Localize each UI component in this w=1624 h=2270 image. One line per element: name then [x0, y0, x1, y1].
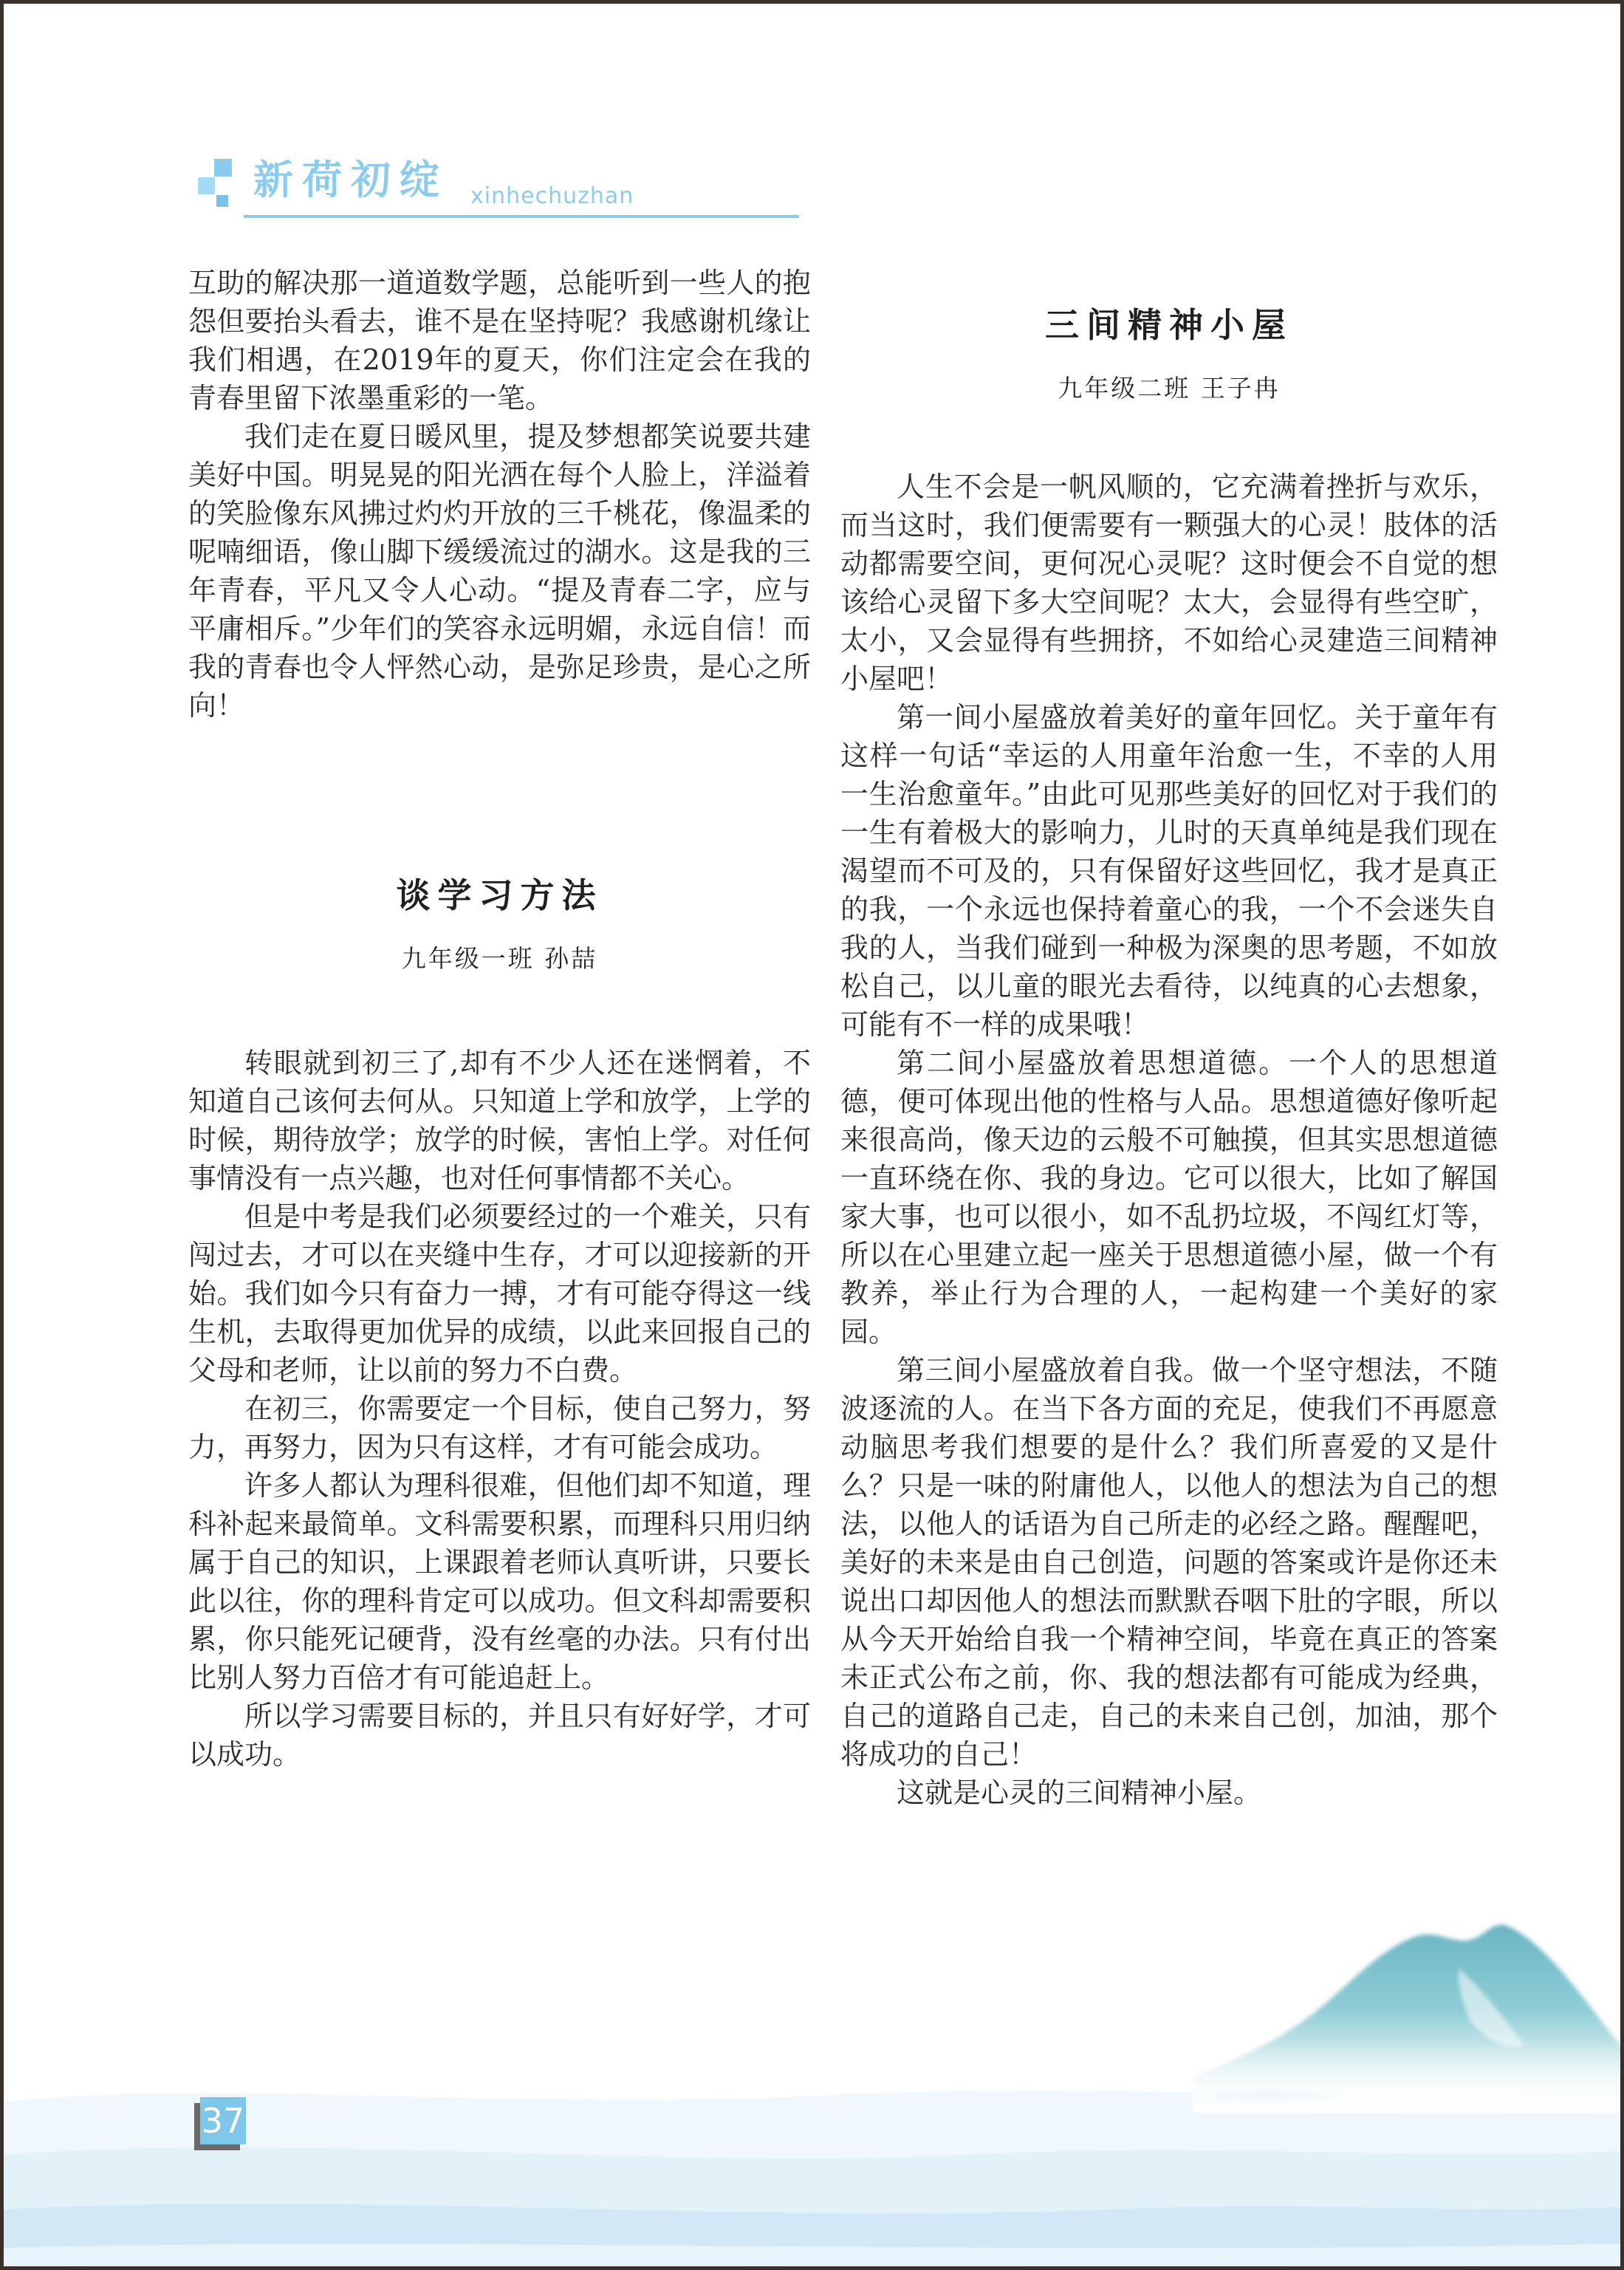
article-author: 九年级二班 王子冉: [840, 374, 1498, 403]
article-continuation: 互助的解决那一道道数学题，总能听到一些人的抱怨但要抬头看去，谁不是在坚持呢？我感…: [188, 264, 811, 725]
logo-pixel-icon: [214, 159, 232, 177]
mountain-watercolor-illustration: [1193, 1898, 1624, 2113]
brand-title: 新荷初绽: [253, 160, 448, 200]
paragraph: 人生不会是一帆风顺的，它充满着挫折与欢乐，而当这时，我们便需要有一颗强大的心灵！…: [840, 468, 1498, 698]
brand-pinyin: xinhechuzhan: [470, 185, 634, 208]
article-title: 谈学习方法: [188, 875, 811, 916]
article-three-huts-body: 人生不会是一帆风顺的，它充满着挫折与欢乐，而当这时，我们便需要有一颗强大的心灵！…: [840, 468, 1498, 1812]
paragraph: 这就是心灵的三间精神小屋。: [840, 1774, 1498, 1812]
paragraph: 转眼就到初三了,却有不少人还在迷惘着，不知道自己该何去何从。只知道上学和放学，上…: [188, 1044, 811, 1197]
paragraph: 第三间小屋盛放着自我。做一个坚守想法，不随波逐流的人。在当下各方面的充足，使我们…: [840, 1351, 1498, 1774]
paragraph: 在初三，你需要定一个目标，使自己努力，努力，再努力，因为只有这样，才有可能会成功…: [188, 1389, 811, 1466]
paragraph: 许多人都认为理科很难，但他们却不知道，理科补起来最简单。文科需要积累，而理科只用…: [188, 1466, 811, 1697]
page-number-badge: 37: [200, 2097, 246, 2144]
magazine-page: 新荷初绽 xinhechuzhan 互助的解决那一道道数学题，总能听到一些人的抱…: [0, 0, 1624, 2270]
header-underline: [244, 215, 799, 218]
paragraph: 我们走在夏日暖风里，提及梦想都笑说要共建美好中国。明晃晃的阳光洒在每个人脸上，洋…: [188, 417, 811, 725]
magazine-header: 新荷初绽 xinhechuzhan: [188, 156, 809, 224]
article-author: 九年级一班 孙喆: [188, 944, 811, 974]
paragraph: 但是中考是我们必须要经过的一个难关，只有闯过去，才可以在夹缝中生存，才可以迎接新…: [188, 1197, 811, 1389]
article-three-huts-head: 三间精神小屋 九年级二班 王子冉: [840, 305, 1498, 403]
article-study-methods-body: 转眼就到初三了,却有不少人还在迷惘着，不知道自己该何去何从。只知道上学和放学，上…: [188, 1044, 811, 1774]
paragraph: 互助的解决那一道道数学题，总能听到一些人的抱怨但要抬头看去，谁不是在坚持呢？我感…: [188, 264, 811, 417]
logo-pixel-icon: [216, 195, 228, 207]
page-number: 37: [202, 2101, 245, 2141]
logo-pixel-icon: [198, 177, 215, 194]
paragraph: 第二间小屋盛放着思想道德。一个人的思想道德，便可体现出他的性格与人品。思想道德好…: [840, 1044, 1498, 1351]
paragraph: 第一间小屋盛放着美好的童年回忆。关于童年有这样一句话“幸运的人用童年治愈一生，不…: [840, 698, 1498, 1044]
paragraph: 所以学习需要目标的，并且只有好好学，才可以成功。: [188, 1697, 811, 1774]
article-study-methods-head: 谈学习方法 九年级一班 孙喆: [188, 875, 811, 974]
article-title: 三间精神小屋: [840, 305, 1498, 346]
